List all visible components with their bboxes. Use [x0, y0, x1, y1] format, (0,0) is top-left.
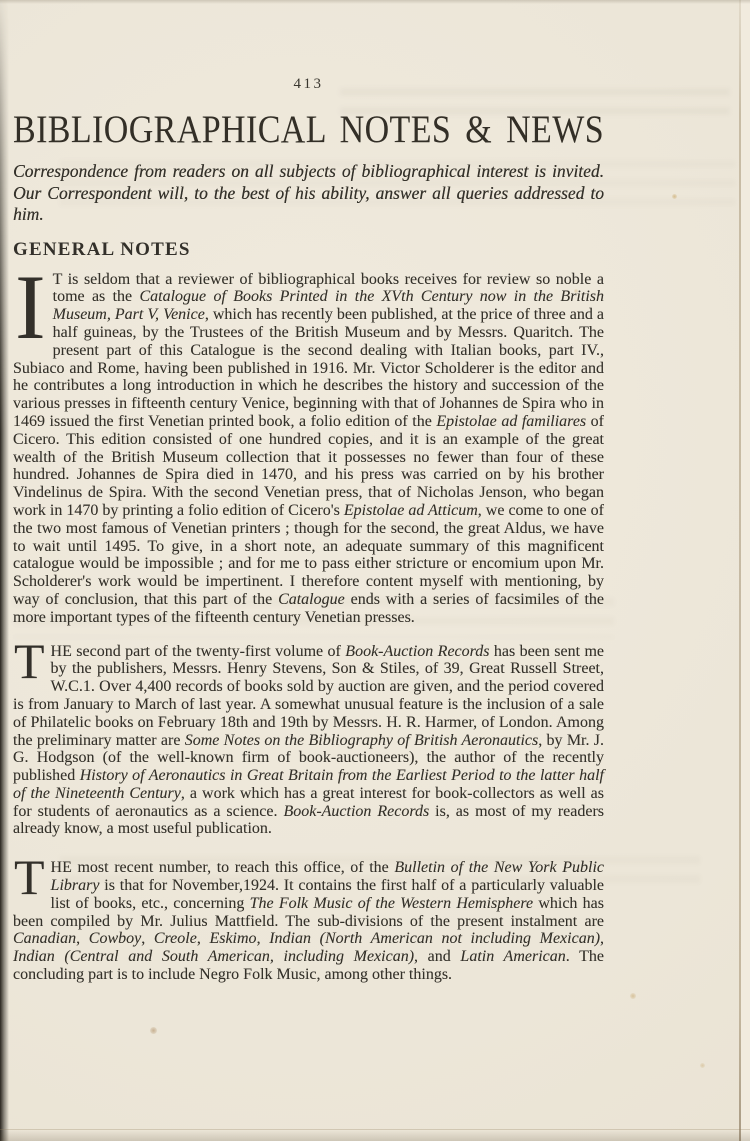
editorial-note: Correspondence from readers on all subje…: [13, 161, 604, 226]
text-block: 413 BIBLIOGRAPHICAL NOTES & NEWS Corresp…: [13, 0, 604, 984]
scan-shadow-bottom: [0, 1130, 750, 1141]
section-heading: GENERAL NOTES: [13, 239, 604, 261]
foxing-spot: [150, 1027, 157, 1034]
scan-shadow-top: [0, 0, 750, 4]
paragraph: THE most recent number, to reach this of…: [13, 859, 604, 984]
foxing-spot: [672, 194, 677, 199]
drop-cap: I: [13, 272, 53, 343]
editorial-note-line: Correspondence from readers on all subje…: [13, 161, 604, 183]
paragraph: IT is seldom that a reviewer of bibliogr…: [13, 271, 604, 627]
scanned-page: 413 BIBLIOGRAPHICAL NOTES & NEWS Corresp…: [0, 0, 750, 1141]
editorial-note-line: Our Correspondent will, to the best of h…: [13, 183, 604, 226]
scan-shadow-left: [0, 0, 9, 1141]
page-number: 413: [13, 76, 604, 93]
drop-cap: T: [13, 859, 51, 895]
paragraph-text: T is seldom that a reviewer of bibliogra…: [13, 271, 604, 626]
page-edge-line: [739, 0, 741, 1141]
paragraph-text: HE most recent number, to reach this off…: [13, 859, 604, 983]
page-edge-right-margin: [741, 0, 750, 1141]
paragraph: THE second part of the twenty-first volu…: [13, 643, 604, 839]
drop-cap: T: [13, 643, 51, 679]
paragraph-text: HE second part of the twenty-first volum…: [13, 643, 604, 838]
article-title: BIBLIOGRAPHICAL NOTES & NEWS: [13, 108, 604, 152]
foxing-spot: [700, 1063, 705, 1068]
foxing-spot: [630, 993, 636, 999]
